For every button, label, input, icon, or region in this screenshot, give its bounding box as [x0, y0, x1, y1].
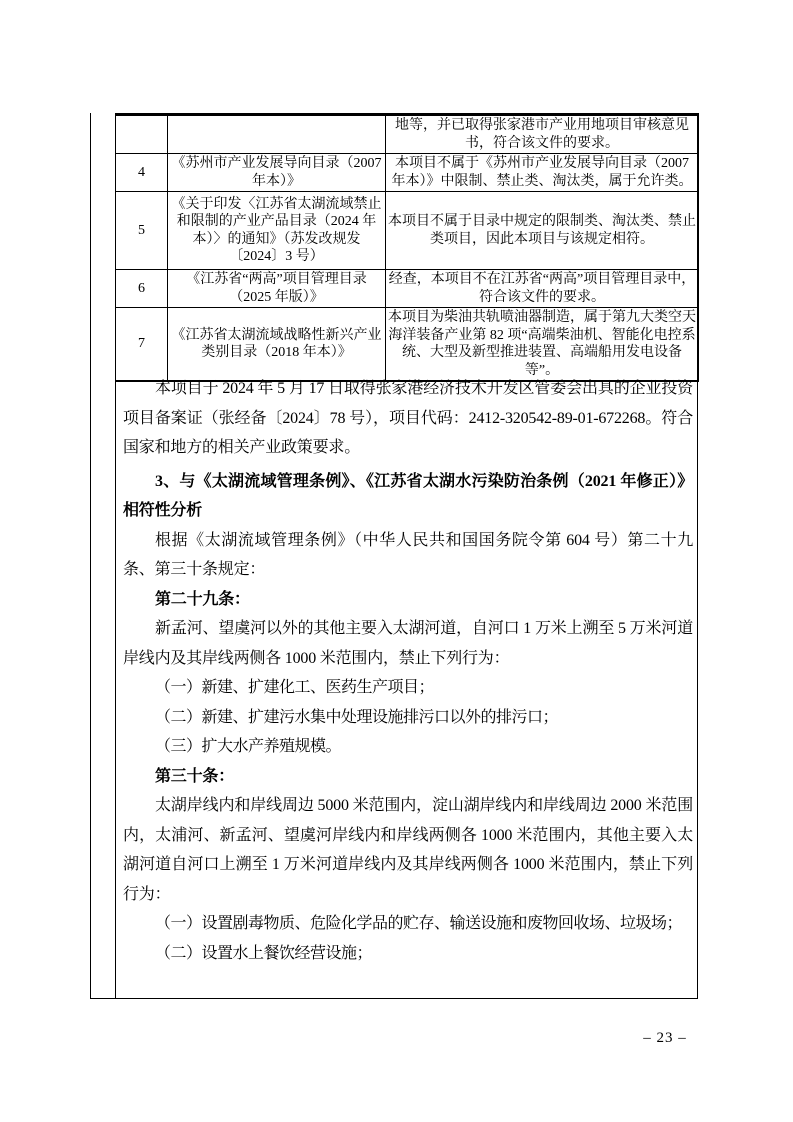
body-text: 本项目于 2024 年 5 月 17 日取得张家港经济技术开发区管委会出具的企业… — [123, 374, 693, 968]
paragraph-article-30: 太湖岸线内和岸线周边 5000 米范围内，淀山湖岸线内和岸线周边 2000 米范… — [123, 791, 693, 909]
heading-article-30: 第三十条： — [123, 762, 693, 792]
assessment-cell: 本项目不属于《苏州市产业发展导向目录（2007 年本）》中限制、禁止类、淘汰类，… — [386, 154, 699, 192]
paragraph-project-approval: 本项目于 2024 年 5 月 17 日取得张家港经济技术开发区管委会出具的企业… — [123, 374, 693, 463]
policy-compliance-table: 地等，并已取得张家港市产业用地项目审核意见书，符合该文件的要求。 4 《苏州市产… — [115, 113, 699, 382]
row-number-cell: 4 — [116, 154, 168, 192]
row-number-cell: 7 — [116, 308, 168, 382]
table-row: 7 《江苏省太湖流域战略性新兴产业类别目录（2018 年本）》 本项目为柴油共轨… — [116, 308, 699, 382]
catalog-cell — [168, 115, 386, 154]
table-row: 6 《江苏省“两高”项目管理目录（2025 年版）》 经查，本项目不在江苏省“两… — [116, 270, 699, 308]
row-number-cell: 6 — [116, 270, 168, 308]
table-row: 5 《关于印发〈江苏省太湖流域禁止和限制的产业产品目录（2024 年本）〉的通知… — [116, 192, 699, 270]
row-number-cell: 5 — [116, 192, 168, 270]
list-item-30-1: （一）设置剧毒物质、危险化学品的贮存、输送设施和废物回收场、垃圾场； — [123, 909, 693, 939]
heading-section-3: 3、与《太湖流域管理条例》、《江苏省太湖水污染防治条例（2021 年修正）》相符… — [123, 467, 693, 526]
list-item-30-2: （二）设置水上餐饮经营设施； — [123, 939, 693, 969]
paragraph-article-29: 新孟河、望虞河以外的其他主要入太湖河道，自河口 1 万米上溯至 5 万米河道岸线… — [123, 614, 693, 673]
assessment-cell: 本项目不属于目录中规定的限制类、淘汰类、禁止类项目，因此本项目与该规定相符。 — [386, 192, 699, 270]
table-row: 4 《苏州市产业发展导向目录（2007 年本）》 本项目不属于《苏州市产业发展导… — [116, 154, 699, 192]
list-item-29-3: （三）扩大水产养殖规模。 — [123, 732, 693, 762]
catalog-cell: 《苏州市产业发展导向目录（2007 年本）》 — [168, 154, 386, 192]
heading-article-29: 第二十九条： — [123, 585, 693, 615]
page-number: – 23 – — [625, 1030, 705, 1047]
table-row: 地等，并已取得张家港市产业用地项目审核意见书，符合该文件的要求。 — [116, 115, 699, 154]
list-item-29-1: （一）新建、扩建化工、医药生产项目； — [123, 673, 693, 703]
row-number-cell — [116, 115, 168, 154]
assessment-cell: 经查，本项目不在江苏省“两高”项目管理目录中，符合该文件的要求。 — [386, 270, 699, 308]
assessment-cell: 本项目为柴油共轨喷油器制造，属于第九大类空天海洋装备产业第 82 项“高端柴油机… — [386, 308, 699, 382]
catalog-cell: 《关于印发〈江苏省太湖流域禁止和限制的产业产品目录（2024 年本）〉的通知》（… — [168, 192, 386, 270]
document-page: 地等，并已取得张家港市产业用地项目审核意见书，符合该文件的要求。 4 《苏州市产… — [0, 0, 793, 1122]
catalog-cell: 《江苏省“两高”项目管理目录（2025 年版）》 — [168, 270, 386, 308]
paragraph-regulation-basis: 根据《太湖流域管理条例》（中华人民共和国国务院令第 604 号）第二十九条、第三… — [123, 526, 693, 585]
catalog-cell: 《江苏省太湖流域战略性新兴产业类别目录（2018 年本）》 — [168, 308, 386, 382]
assessment-cell: 地等，并已取得张家港市产业用地项目审核意见书，符合该文件的要求。 — [386, 115, 699, 154]
list-item-29-2: （二）新建、扩建污水集中处理设施排污口以外的排污口； — [123, 703, 693, 733]
